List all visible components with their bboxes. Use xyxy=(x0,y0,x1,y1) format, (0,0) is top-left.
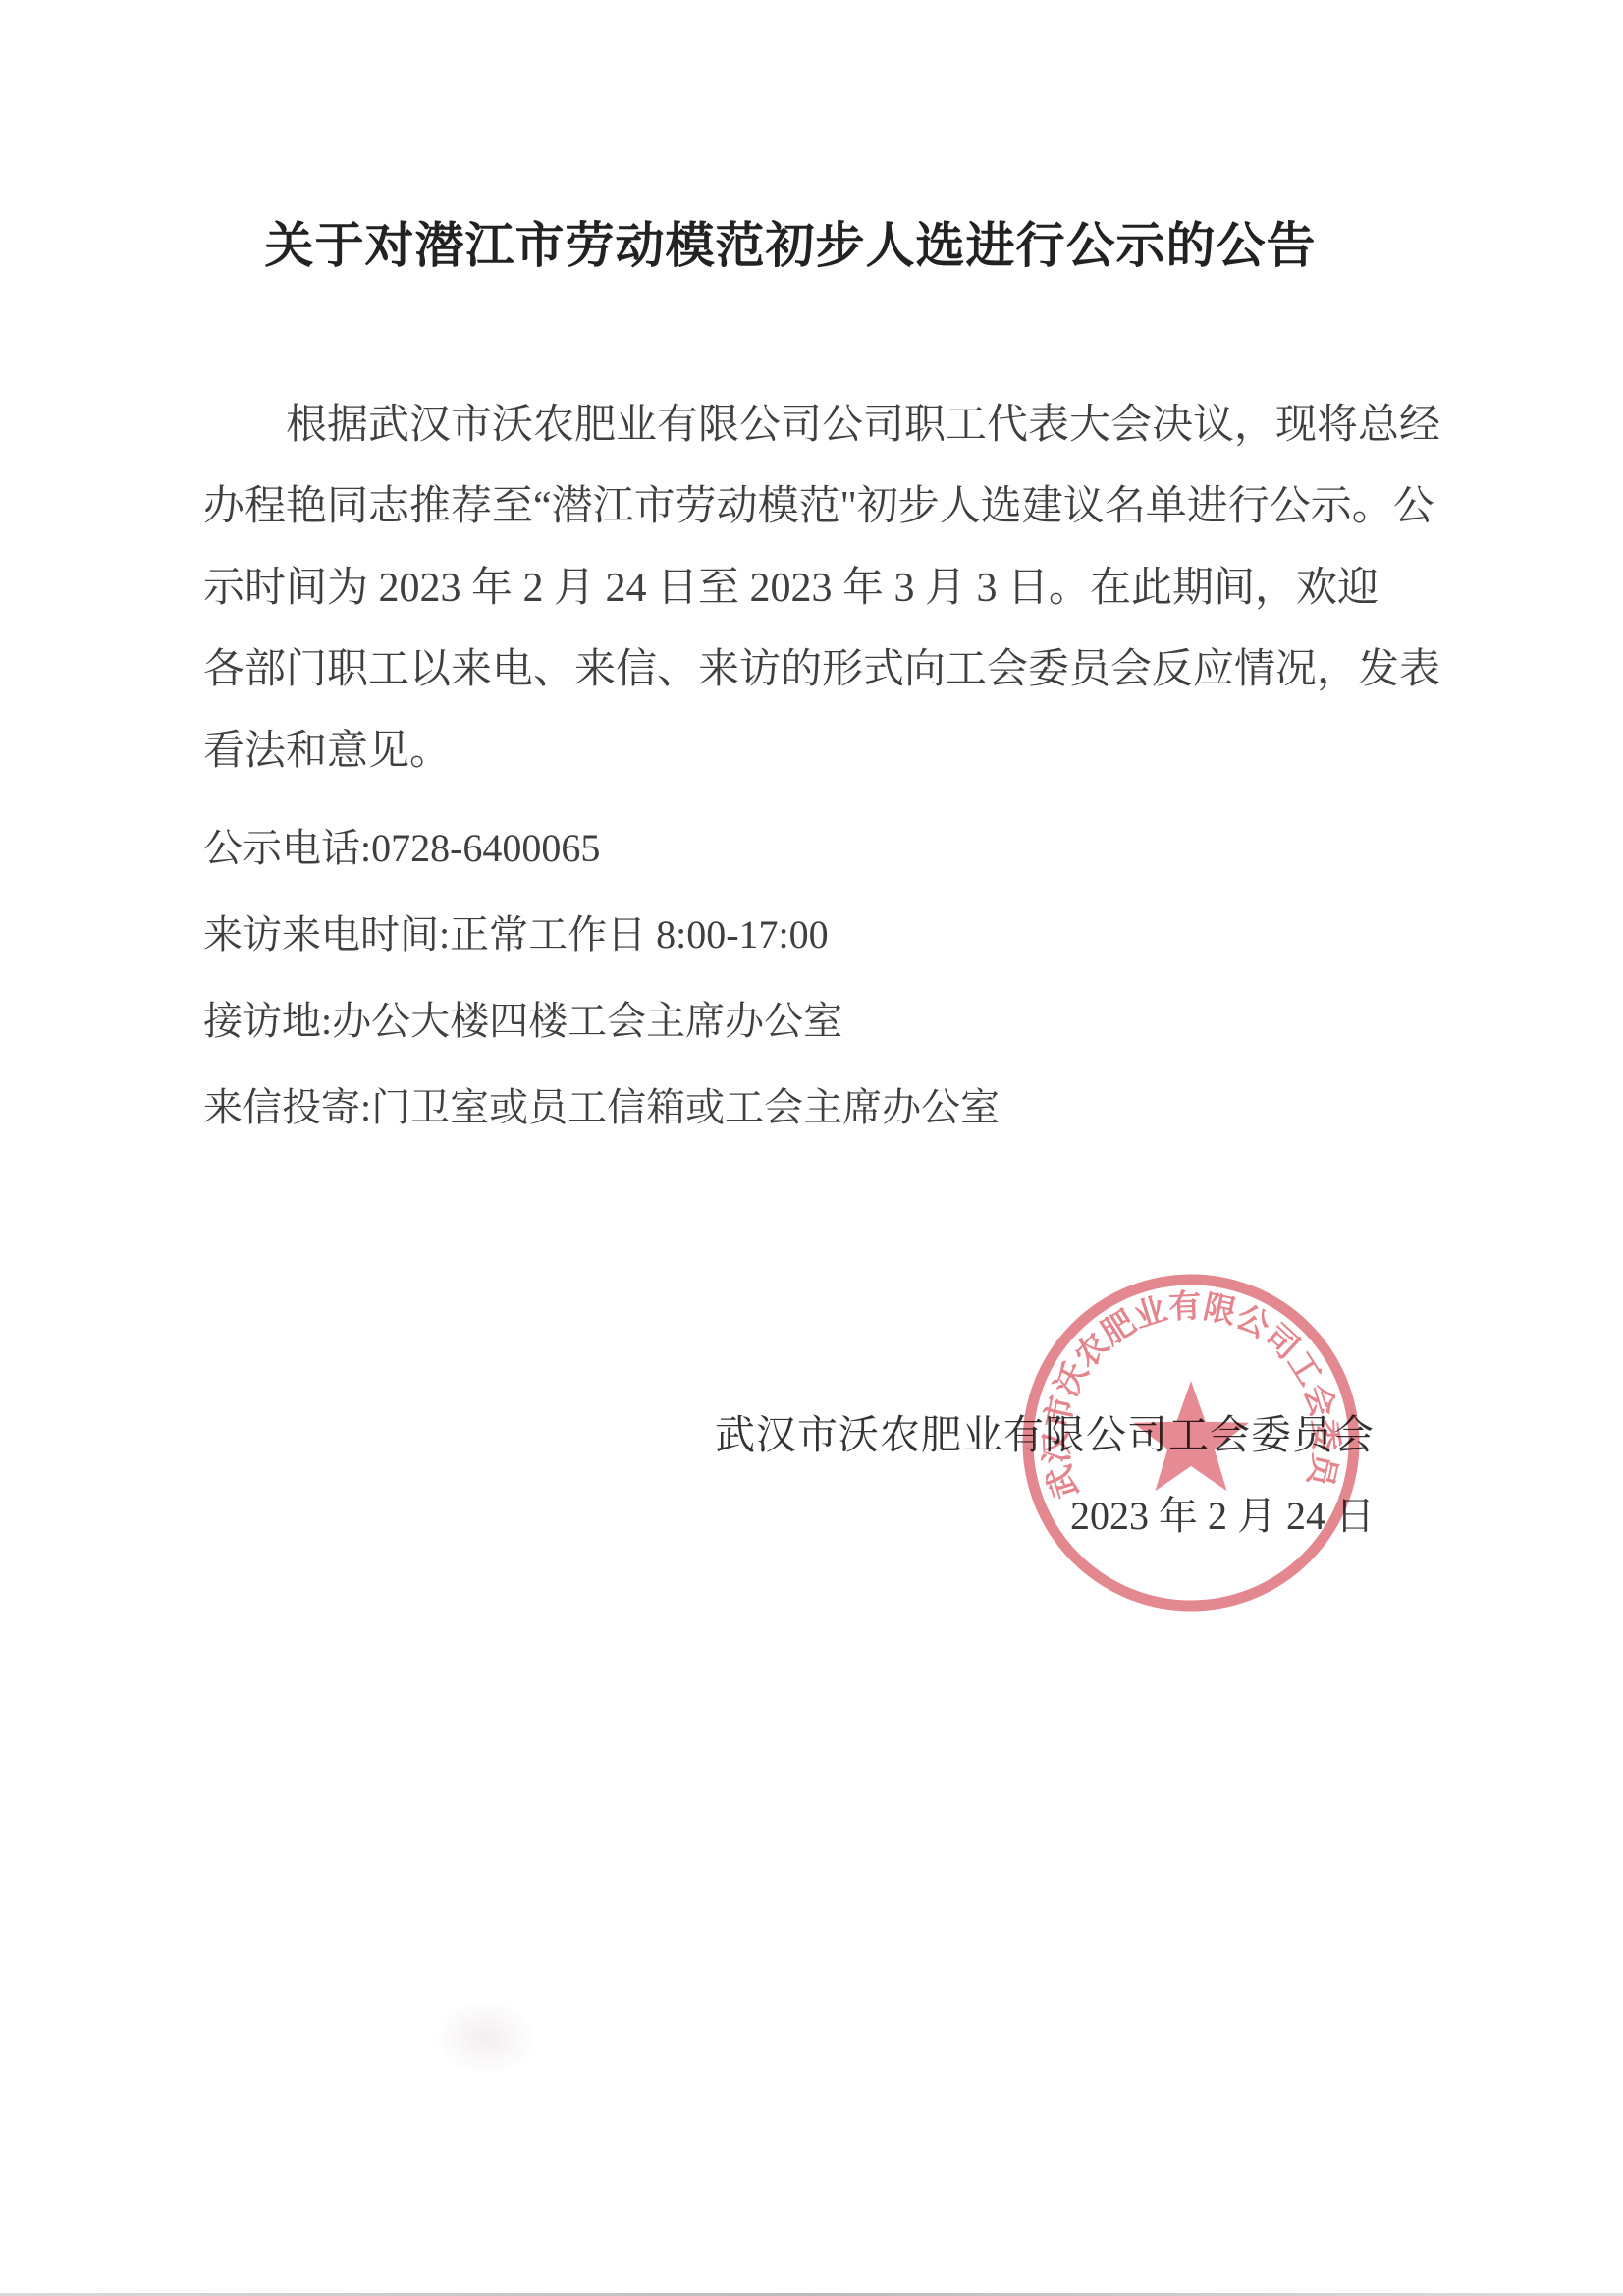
scanned-notice-page: 关于对潜江市劳动模范初步人选进行公示的公告 根据武汉市沃农肥业有限公司公司职工代… xyxy=(0,0,1623,2296)
paragraph-line: 根据武汉市沃农肥业有限公司公司职工代表大会决议，现将总经 xyxy=(203,385,1378,466)
contact-hours-line: 来访来电时间:正常工作日 8:00-17:00 xyxy=(203,892,1378,978)
seal-star-icon xyxy=(1133,1381,1249,1491)
official-red-seal: 武汉市沃农肥业有限公司工会委员会 xyxy=(1009,1260,1373,1633)
contact-phone-line: 公示电话:0728-6400065 xyxy=(203,805,1378,892)
paragraph-line: 看法和意见。 xyxy=(203,711,1378,793)
paragraph-line: 示时间为 2023 年 2 月 24 日至 2023 年 3 月 3 日。在此期… xyxy=(203,548,1378,629)
contact-mail-line: 来信投寄:门卫室或员工信箱或工会主席办公室 xyxy=(203,1065,1378,1151)
scan-smudge xyxy=(412,1984,560,2092)
notice-title: 关于对潜江市劳动模范初步人选进行公示的公告 xyxy=(203,206,1378,277)
paragraph-line: 各部门职工以来电、来信、来访的形式向工会委员会反应情况，发表 xyxy=(203,629,1378,711)
paragraph-line: 办程艳同志推荐至“潜江市劳动模范"初步人选建议名单进行公示。公 xyxy=(203,466,1378,548)
contact-info-block: 公示电话:0728-6400065 来访来电时间:正常工作日 8:00-17:0… xyxy=(203,805,1378,1151)
notice-body-paragraph: 根据武汉市沃农肥业有限公司公司职工代表大会决议，现将总经 办程艳同志推荐至“潜江… xyxy=(203,385,1378,793)
contact-visit-location-line: 接访地:办公大楼四楼工会主席办公室 xyxy=(203,978,1378,1065)
